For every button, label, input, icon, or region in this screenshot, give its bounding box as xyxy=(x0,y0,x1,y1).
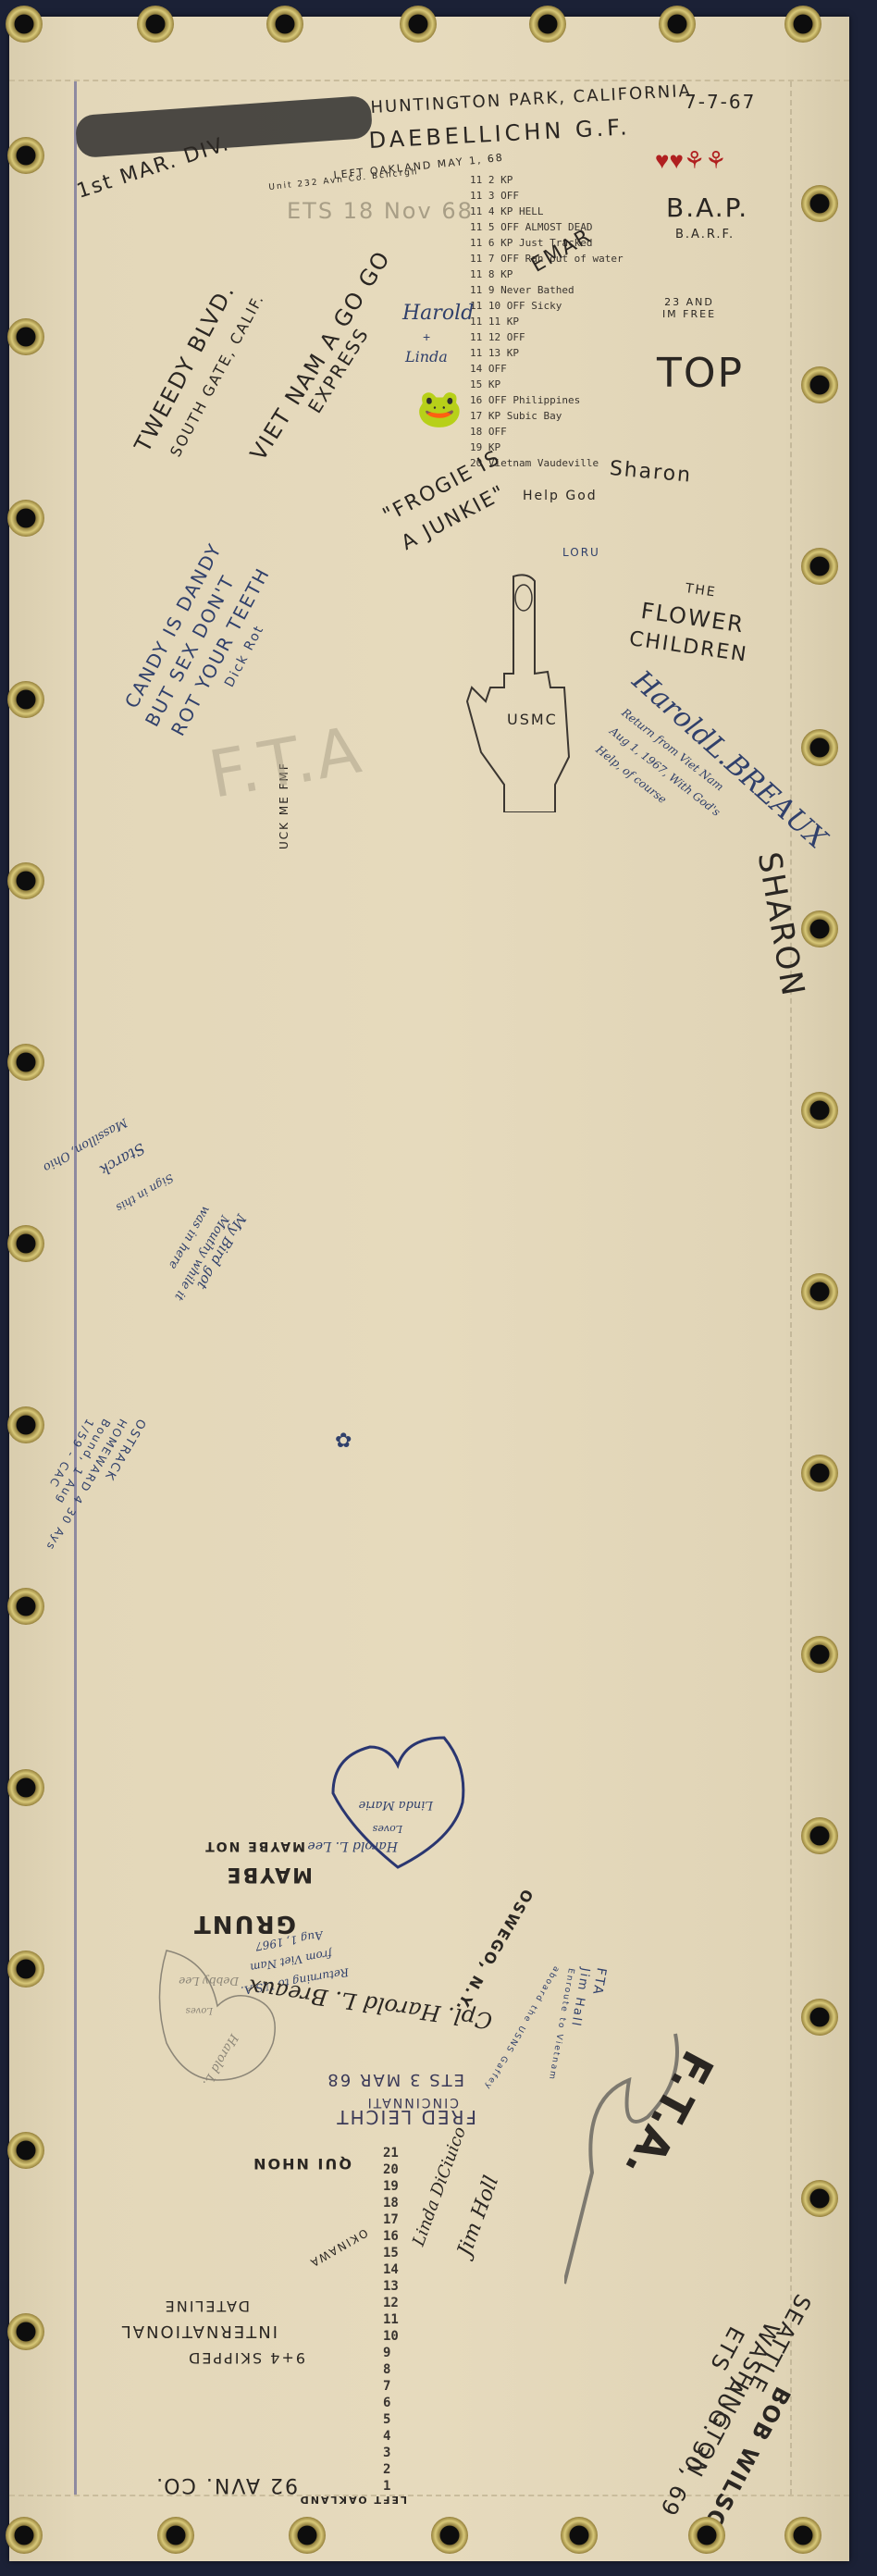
grommet xyxy=(6,2517,43,2554)
grommet xyxy=(7,1044,44,1081)
countdown-column: 21 20 19 18 17 16 15 14 13 12 11 10 9 8 … xyxy=(383,2145,399,2495)
grunt-text: GRUNT xyxy=(192,1910,296,1938)
frog-drawing: 🐸 xyxy=(416,387,463,430)
heart-2-line-2: Loves xyxy=(186,2005,213,2015)
grommet xyxy=(289,2517,326,2554)
grommet xyxy=(801,1092,838,1129)
sharon-text: Sharon xyxy=(609,457,693,488)
bird-doodle: ✿ xyxy=(335,1429,352,1453)
grommet xyxy=(7,1769,44,1806)
grommet xyxy=(801,1455,838,1492)
grommet xyxy=(801,1636,838,1673)
heart-1-line-2: Loves xyxy=(373,1823,402,1835)
help-god-text: Help God xyxy=(523,489,598,503)
grommet xyxy=(6,6,43,43)
loru-text: LORU xyxy=(562,546,600,559)
grommet xyxy=(7,1588,44,1625)
date-text: 7-7-67 xyxy=(685,91,756,113)
grommet xyxy=(801,2180,838,2217)
grommet xyxy=(801,1999,838,2036)
right-seam xyxy=(790,81,794,2495)
avn-co-text: 92 AVN. CO. xyxy=(154,2473,298,2496)
grommet xyxy=(561,2517,598,2554)
name-text: DAEBELLICHN G.F. xyxy=(368,114,631,154)
grommet xyxy=(784,2517,821,2554)
heart-1-line-1: Harold L. Lee xyxy=(307,1839,398,1853)
massillon-note-3: Sign in this xyxy=(114,1171,176,1215)
dateline-line-1: 9+4 SKIPPED xyxy=(187,2349,305,2367)
left-seam xyxy=(74,81,77,2495)
linda-text: Linda xyxy=(405,348,448,365)
grommet xyxy=(266,6,303,43)
vietnam-text: VIET NAM A GO GO xyxy=(245,246,396,465)
jim-holl-signature: Jim Holl xyxy=(453,2173,503,2259)
grommet xyxy=(801,548,838,585)
grommet xyxy=(7,2132,44,2169)
grommet xyxy=(7,862,44,899)
oswego-text: OSWEGO, N.Y. xyxy=(451,1887,537,2016)
usmc-text: USMC xyxy=(507,711,558,728)
grommet xyxy=(137,6,174,43)
grommet xyxy=(659,6,696,43)
grommet xyxy=(801,910,838,947)
grommet xyxy=(801,1817,838,1854)
maybe-not-text: MAYBE NOT xyxy=(204,1839,305,1853)
bap-text: B.A.P. xyxy=(666,192,748,223)
hometown-text: HUNTINGTON PARK, CALIFORNIA xyxy=(370,81,692,118)
ets-note: ETS 18 Nov 68 xyxy=(287,198,474,224)
grommet xyxy=(7,1951,44,1988)
flower-the: THE xyxy=(685,581,718,601)
canvas-bunk: HUNTINGTON PARK, CALIFORNIA 7-7-67 DAEBE… xyxy=(9,17,849,2561)
grommet xyxy=(801,185,838,222)
grommet xyxy=(7,1406,44,1443)
massillon-note-2: Starck xyxy=(96,1140,148,1180)
grommet xyxy=(784,6,821,43)
grommet xyxy=(801,729,838,766)
grommet xyxy=(7,681,44,718)
dateline-line-2: INTERNATIONAL xyxy=(120,2322,278,2341)
grommet xyxy=(7,2313,44,2350)
middle-finger-drawing xyxy=(463,572,592,812)
barf-text: B.A.R.F. xyxy=(675,228,735,241)
harold-text: Harold xyxy=(402,302,474,325)
day-log: 11 2 KP 11 3 OFF 11 4 KP HELL 11 5 OFF A… xyxy=(470,172,624,471)
dateline-line-3: DATELINE xyxy=(164,2297,250,2315)
grommet xyxy=(431,2517,468,2554)
grommet xyxy=(157,2517,194,2554)
left-oakland-bottom: LEFT OAKLAND xyxy=(299,2494,407,2506)
grommet xyxy=(801,1273,838,1310)
qui-nhon-text: QUI NHON xyxy=(252,2155,352,2173)
heart-2-line-3: Debby Lee xyxy=(179,1975,239,1988)
okinawa-text: OKINAWA xyxy=(307,2226,370,2271)
grommet xyxy=(400,6,437,43)
free-text: 23 AND IM FREE xyxy=(657,296,722,320)
grommet xyxy=(529,6,566,43)
jim-hall-fta: FTA xyxy=(589,1966,609,1997)
plus-text: + xyxy=(423,329,430,344)
fta-pencil-text: F.T.A xyxy=(204,712,368,813)
grommet xyxy=(7,500,44,537)
ets-mar-text: ETS 3 MAR 68 xyxy=(326,2070,464,2089)
maybe-text: MAYBE xyxy=(225,1863,313,1886)
grommet xyxy=(688,2517,725,2554)
grommet xyxy=(7,1225,44,1262)
grommet xyxy=(801,366,838,403)
top-text: TOP xyxy=(657,350,744,397)
grommet xyxy=(7,137,44,174)
heart-1-line-3: Linda Marie xyxy=(359,1798,434,1812)
grommet xyxy=(7,318,44,355)
hearts-drawing: ♥♥⚘⚘ xyxy=(655,146,727,175)
